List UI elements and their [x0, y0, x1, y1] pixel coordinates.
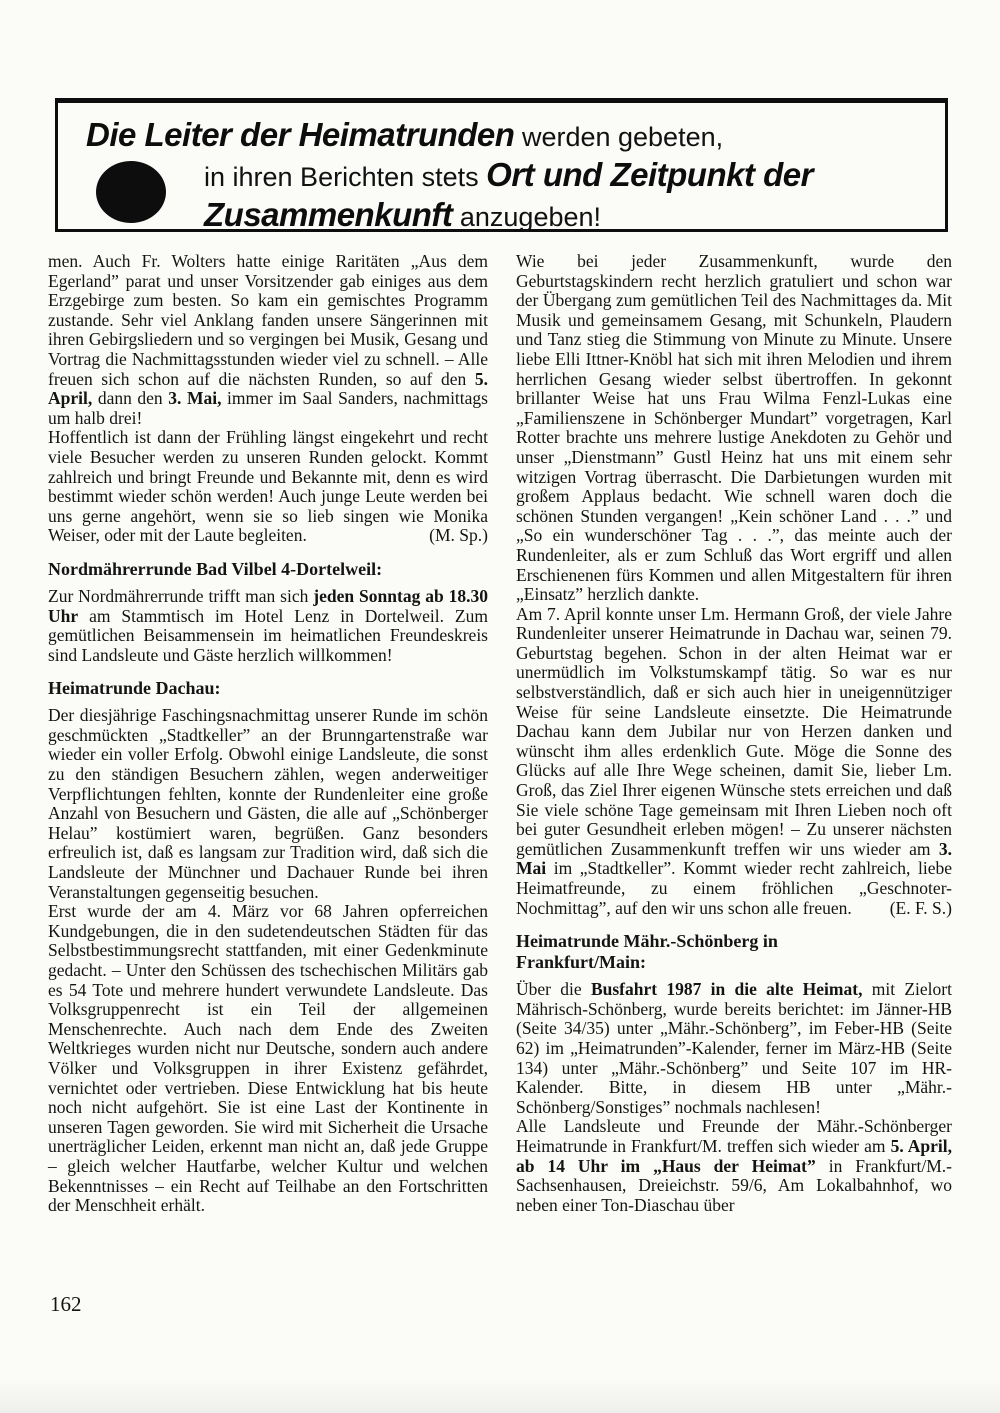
- paragraph: Wie bei jeder Zusammenkunft, wurde den G…: [516, 252, 952, 605]
- author-initials: (M. Sp.): [429, 526, 488, 546]
- paragraph: Alle Landsleute und Freunde der Mähr.-Sc…: [516, 1117, 952, 1215]
- scanned-document-page: Die Leiter der Heimatrunden werden gebet…: [0, 0, 1000, 1413]
- notice-line-1: Die Leiter der Heimatrunden werden gebet…: [58, 103, 945, 155]
- author-initials: (E. F. S.): [890, 899, 952, 919]
- notice-text: in ihren Berichten stets: [204, 162, 486, 192]
- paragraph: Hoffentlich ist dann der Frühling längst…: [48, 428, 488, 546]
- right-column: Wie bei jeder Zusammenkunft, wurde den G…: [516, 252, 952, 1216]
- body-text: men. Auch Fr. Wolters hatte einige Rarit…: [48, 251, 488, 389]
- body-text: Alle Landsleute und Freunde der Mähr.-Sc…: [516, 1116, 952, 1156]
- body-text: am Stammtisch im Hotel Lenz in Dortelwei…: [48, 606, 488, 665]
- notice-line-3: Zusammenkunft anzugeben!: [58, 195, 945, 235]
- paragraph: men. Auch Fr. Wolters hatte einige Rarit…: [48, 252, 488, 428]
- paragraph: Über die Busfahrt 1987 in die alte Heima…: [516, 980, 952, 1117]
- body-text: dann den: [92, 388, 168, 408]
- body-text: mit Zielort Mährisch-Schönberg, wurde be…: [516, 979, 952, 1117]
- paragraph: Am 7. April konnte unser Lm. Hermann Gro…: [516, 605, 952, 919]
- body-text: Hoffentlich ist dann der Frühling längst…: [48, 427, 488, 545]
- section-heading: Heimatrunde Mähr.-Schönberg in Frankfurt…: [516, 931, 952, 973]
- paragraph: Der diesjährige Faschingsnachmittag unse…: [48, 706, 488, 902]
- body-text: im „Stadtkeller”. Kommt wieder recht zah…: [516, 858, 952, 917]
- bold-text: 3. Mai,: [168, 388, 221, 408]
- bold-text: Busfahrt 1987 in die alte Heimat,: [591, 979, 863, 999]
- notice-text: anzugeben!: [452, 202, 601, 232]
- black-oval-icon: [96, 161, 166, 223]
- notice-text: werden gebeten,: [514, 122, 723, 152]
- paragraph: Zur Nordmährerrunde trifft man sich jede…: [48, 587, 488, 665]
- section-heading: Heimatrunde Dachau:: [48, 678, 488, 699]
- body-text: Der diesjährige Faschingsnachmittag unse…: [48, 705, 488, 901]
- notice-emphasis: Ort und Zeitpunkt der: [486, 156, 813, 193]
- body-text: Am 7. April konnte unser Lm. Hermann Gro…: [516, 604, 952, 859]
- article-columns: men. Auch Fr. Wolters hatte einige Rarit…: [48, 252, 952, 1216]
- page-number: 162: [50, 1292, 82, 1317]
- left-column: men. Auch Fr. Wolters hatte einige Rarit…: [48, 252, 488, 1216]
- body-text: Zur Nordmährerrunde trifft man sich: [48, 586, 313, 606]
- body-text: Wie bei jeder Zusammenkunft, wurde den G…: [516, 251, 952, 604]
- notice-emphasis: Die Leiter der Heimatrunden: [86, 116, 514, 153]
- body-text: Erst wurde der am 4. März vor 68 Jahren …: [48, 901, 488, 1215]
- body-text: Über die: [516, 979, 591, 999]
- notice-box: Die Leiter der Heimatrunden werden gebet…: [55, 98, 948, 232]
- notice-emphasis: Zusammenkunft: [204, 196, 452, 233]
- paragraph: Erst wurde der am 4. März vor 68 Jahren …: [48, 902, 488, 1216]
- section-heading: Nordmährerrunde Bad Vilbel 4-Dortelweil:: [48, 559, 488, 580]
